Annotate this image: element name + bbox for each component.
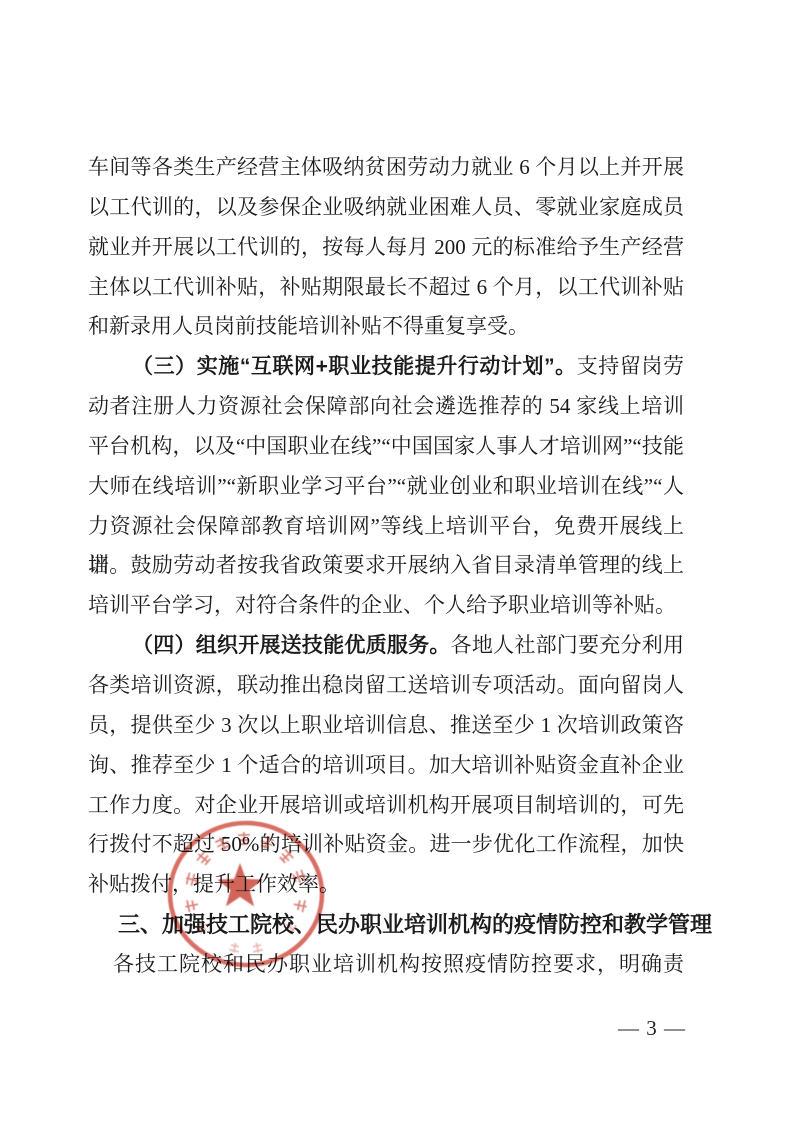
text-block: 车间等各类生产经营主体吸纳贫困劳动力就业 6 个月以上并开展以工代训的，以及参保… xyxy=(88,148,684,985)
document-page: 车间等各类生产经营主体吸纳贫困劳动力就业 6 个月以上并开展以工代训的，以及参保… xyxy=(0,0,793,1122)
section-heading: 三、加强技工院校、民办职业培训机构的疫情防控和教学管理 xyxy=(88,905,684,945)
text-run: 员，提供至少 3 次以上职业培训信息、推送至少 1 次培训政策咨 xyxy=(88,713,684,737)
text-run: 补贴拨付，提升工作效率。 xyxy=(88,872,340,896)
text-run: 各技工院校和民办职业培训机构按照疫情防控要求，明确责 xyxy=(113,952,684,976)
text-line: 平台机构，以及“中国职业在线”“中国国家人事人才培训网”“技能 xyxy=(88,427,684,467)
text-run: 主体以工代训补贴，补贴期限最长不超过 6 个月，以工代训补贴 xyxy=(88,275,684,299)
bold-text-run: 三、加强技工院校、民办职业培训机构的疫情防控和教学管理 xyxy=(118,912,712,937)
text-line: 以工代训的，以及参保企业吸纳就业困难人员、零就业家庭成员 xyxy=(88,188,684,228)
text-run: 就业并开展以工代训的，按每人每月 200 元的标准给予生产经营 xyxy=(88,235,684,259)
text-line: （三）实施“互联网+职业技能提升行动计划”。支持留岗劳 xyxy=(88,347,684,387)
text-run: 平台机构，以及“中国职业在线”“中国国家人事人才培训网”“技能 xyxy=(88,434,684,458)
text-line: 车间等各类生产经营主体吸纳贫困劳动力就业 6 个月以上并开展 xyxy=(88,148,684,188)
text-line: 力资源社会保障部教育培训网”等线上培训平台，免费开展线上培 xyxy=(88,507,684,547)
text-line: 员，提供至少 3 次以上职业培训信息、推送至少 1 次培训政策咨 xyxy=(88,706,684,746)
text-run: 训。鼓励劳动者按我省政策要求开展纳入省目录清单管理的线上 xyxy=(88,553,684,577)
text-line: 培训平台学习，对符合条件的企业、个人给予职业培训等补贴。 xyxy=(88,586,684,626)
text-line: 主体以工代训补贴，补贴期限最长不超过 6 个月，以工代训补贴 xyxy=(88,268,684,308)
bold-text-run: （四）组织开展送技能优质服务。 xyxy=(132,634,451,657)
text-line: （四）组织开展送技能优质服务。各地人社部门要充分利用 xyxy=(88,626,684,666)
text-run: 询、推荐至少 1 个适合的培训项目。加大培训补贴资金直补企业 xyxy=(88,753,684,777)
page-number: — 3 — xyxy=(602,1016,702,1041)
text-run: 动者注册人力资源社会保障部向社会遴选推荐的 54 家线上培训 xyxy=(88,394,684,418)
text-line: 和新录用人员岗前技能培训补贴不得重复享受。 xyxy=(88,307,684,347)
bold-text-run: （三）实施“互联网+职业技能提升行动计划”。 xyxy=(132,355,577,378)
text-line: 补贴拨付，提升工作效率。 xyxy=(88,865,684,905)
text-run: 工作力度。对企业开展培训或培训机构开展项目制培训的，可先 xyxy=(88,793,684,817)
text-line: 各技工院校和民办职业培训机构按照疫情防控要求，明确责 xyxy=(88,945,684,985)
text-line: 就业并开展以工代训的，按每人每月 200 元的标准给予生产经营 xyxy=(88,228,684,268)
text-run: 和新录用人员岗前技能培训补贴不得重复享受。 xyxy=(88,314,529,338)
text-line: 动者注册人力资源社会保障部向社会遴选推荐的 54 家线上培训 xyxy=(88,387,684,427)
text-run: 以工代训的，以及参保企业吸纳就业困难人员、零就业家庭成员 xyxy=(88,195,684,219)
text-run: 培训平台学习，对符合条件的企业、个人给予职业培训等补贴。 xyxy=(88,593,676,617)
text-run: 行拨付不超过 50%的培训补贴资金。进一步优化工作流程，加快 xyxy=(88,832,684,856)
text-run: 大师在线培训”“新职业学习平台”“就业创业和职业培训在线”“人 xyxy=(88,474,684,498)
text-run: 支持留岗劳 xyxy=(577,354,684,378)
text-run: 车间等各类生产经营主体吸纳贫困劳动力就业 6 个月以上并开展 xyxy=(88,155,684,179)
text-run: 各类培训资源，联动推出稳岗留工送培训专项活动。面向留岗人 xyxy=(88,673,684,697)
text-line: 大师在线培训”“新职业学习平台”“就业创业和职业培训在线”“人 xyxy=(88,467,684,507)
text-line: 工作力度。对企业开展培训或培训机构开展项目制培训的，可先 xyxy=(88,786,684,826)
text-line: 训。鼓励劳动者按我省政策要求开展纳入省目录清单管理的线上 xyxy=(88,546,684,586)
text-run: 各地人社部门要充分利用 xyxy=(451,633,684,657)
text-line: 各类培训资源，联动推出稳岗留工送培训专项活动。面向留岗人 xyxy=(88,666,684,706)
text-line: 询、推荐至少 1 个适合的培训项目。加大培训补贴资金直补企业 xyxy=(88,746,684,786)
text-line: 行拨付不超过 50%的培训补贴资金。进一步优化工作流程，加快 xyxy=(88,825,684,865)
